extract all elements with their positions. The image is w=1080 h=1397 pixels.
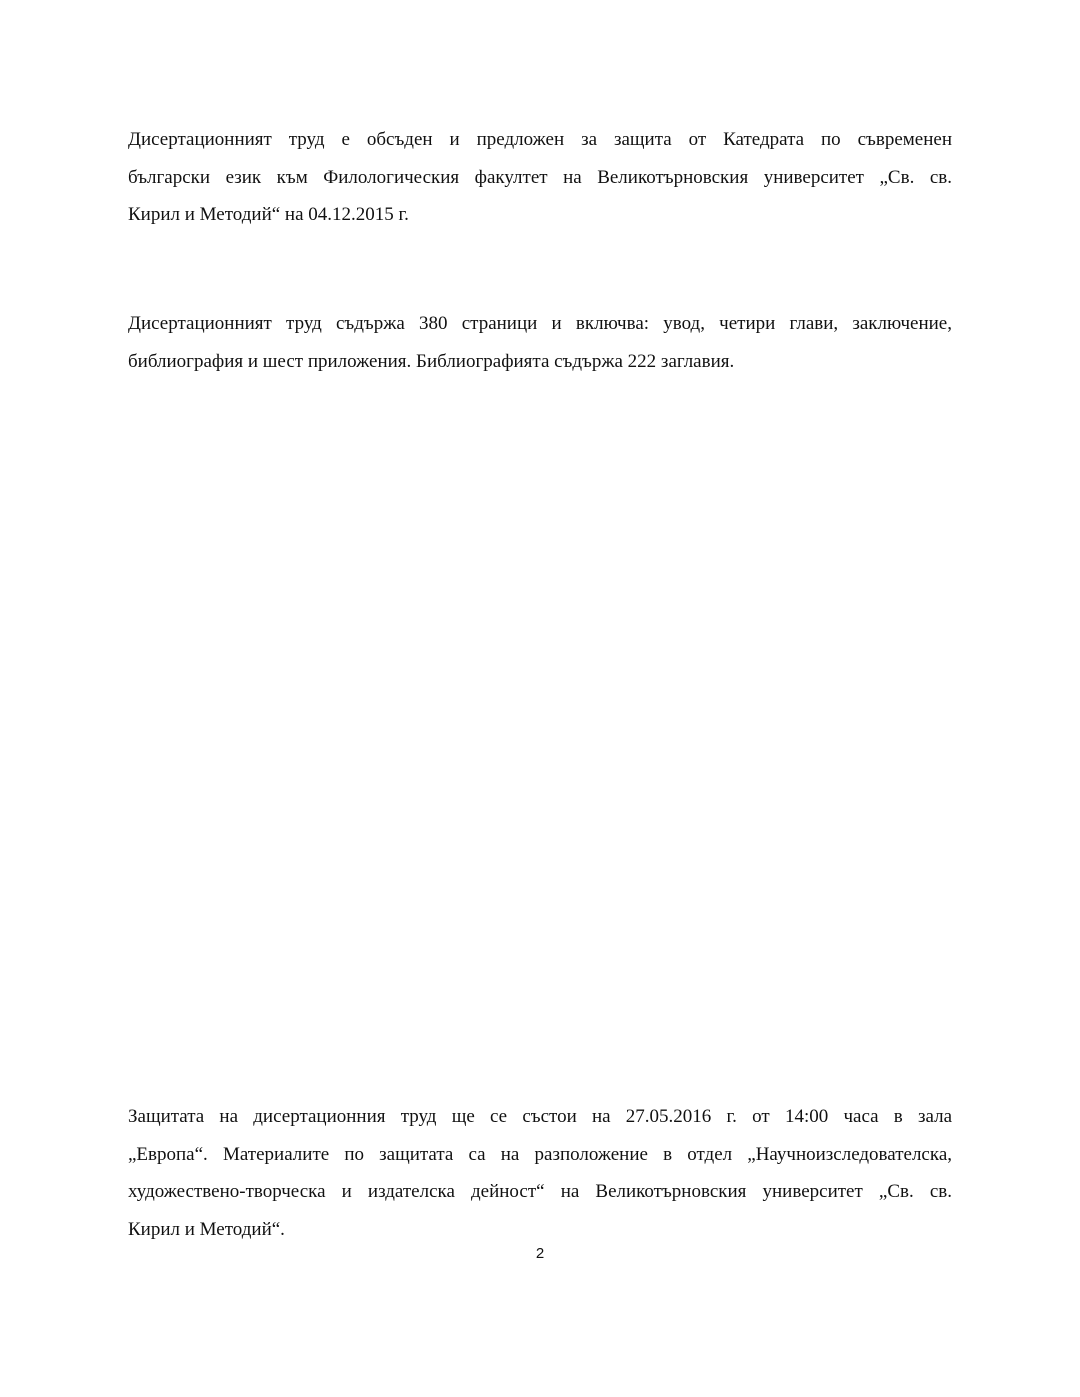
- text-line: Дисертационният труд е обсъден и предлож…: [128, 121, 952, 159]
- text-line: „Европа“. Материалите по защитата са на …: [128, 1136, 952, 1174]
- text-line: библиография и шест приложения. Библиогр…: [128, 343, 952, 381]
- document-page: Дисертационният труд е обсъден и предлож…: [0, 0, 1080, 1397]
- text-line: художествено-творческа и издателска дейн…: [128, 1173, 952, 1211]
- paragraph-contents: Дисертационният труд съдържа 380 страниц…: [128, 305, 952, 380]
- text-line: български език към Филологическия факулт…: [128, 159, 952, 197]
- paragraph-defense-info: Защитата на дисертационния труд ще се съ…: [128, 1098, 952, 1248]
- text-line: Дисертационният труд съдържа 380 страниц…: [128, 305, 952, 343]
- text-line: Кирил и Методий“.: [128, 1211, 952, 1249]
- text-line: Защитата на дисертационния труд ще се съ…: [128, 1098, 952, 1136]
- paragraph-discussion: Дисертационният труд е обсъден и предлож…: [128, 121, 952, 234]
- text-line: Кирил и Методий“ на 04.12.2015 г.: [128, 196, 952, 234]
- page-number: 2: [0, 1245, 1080, 1262]
